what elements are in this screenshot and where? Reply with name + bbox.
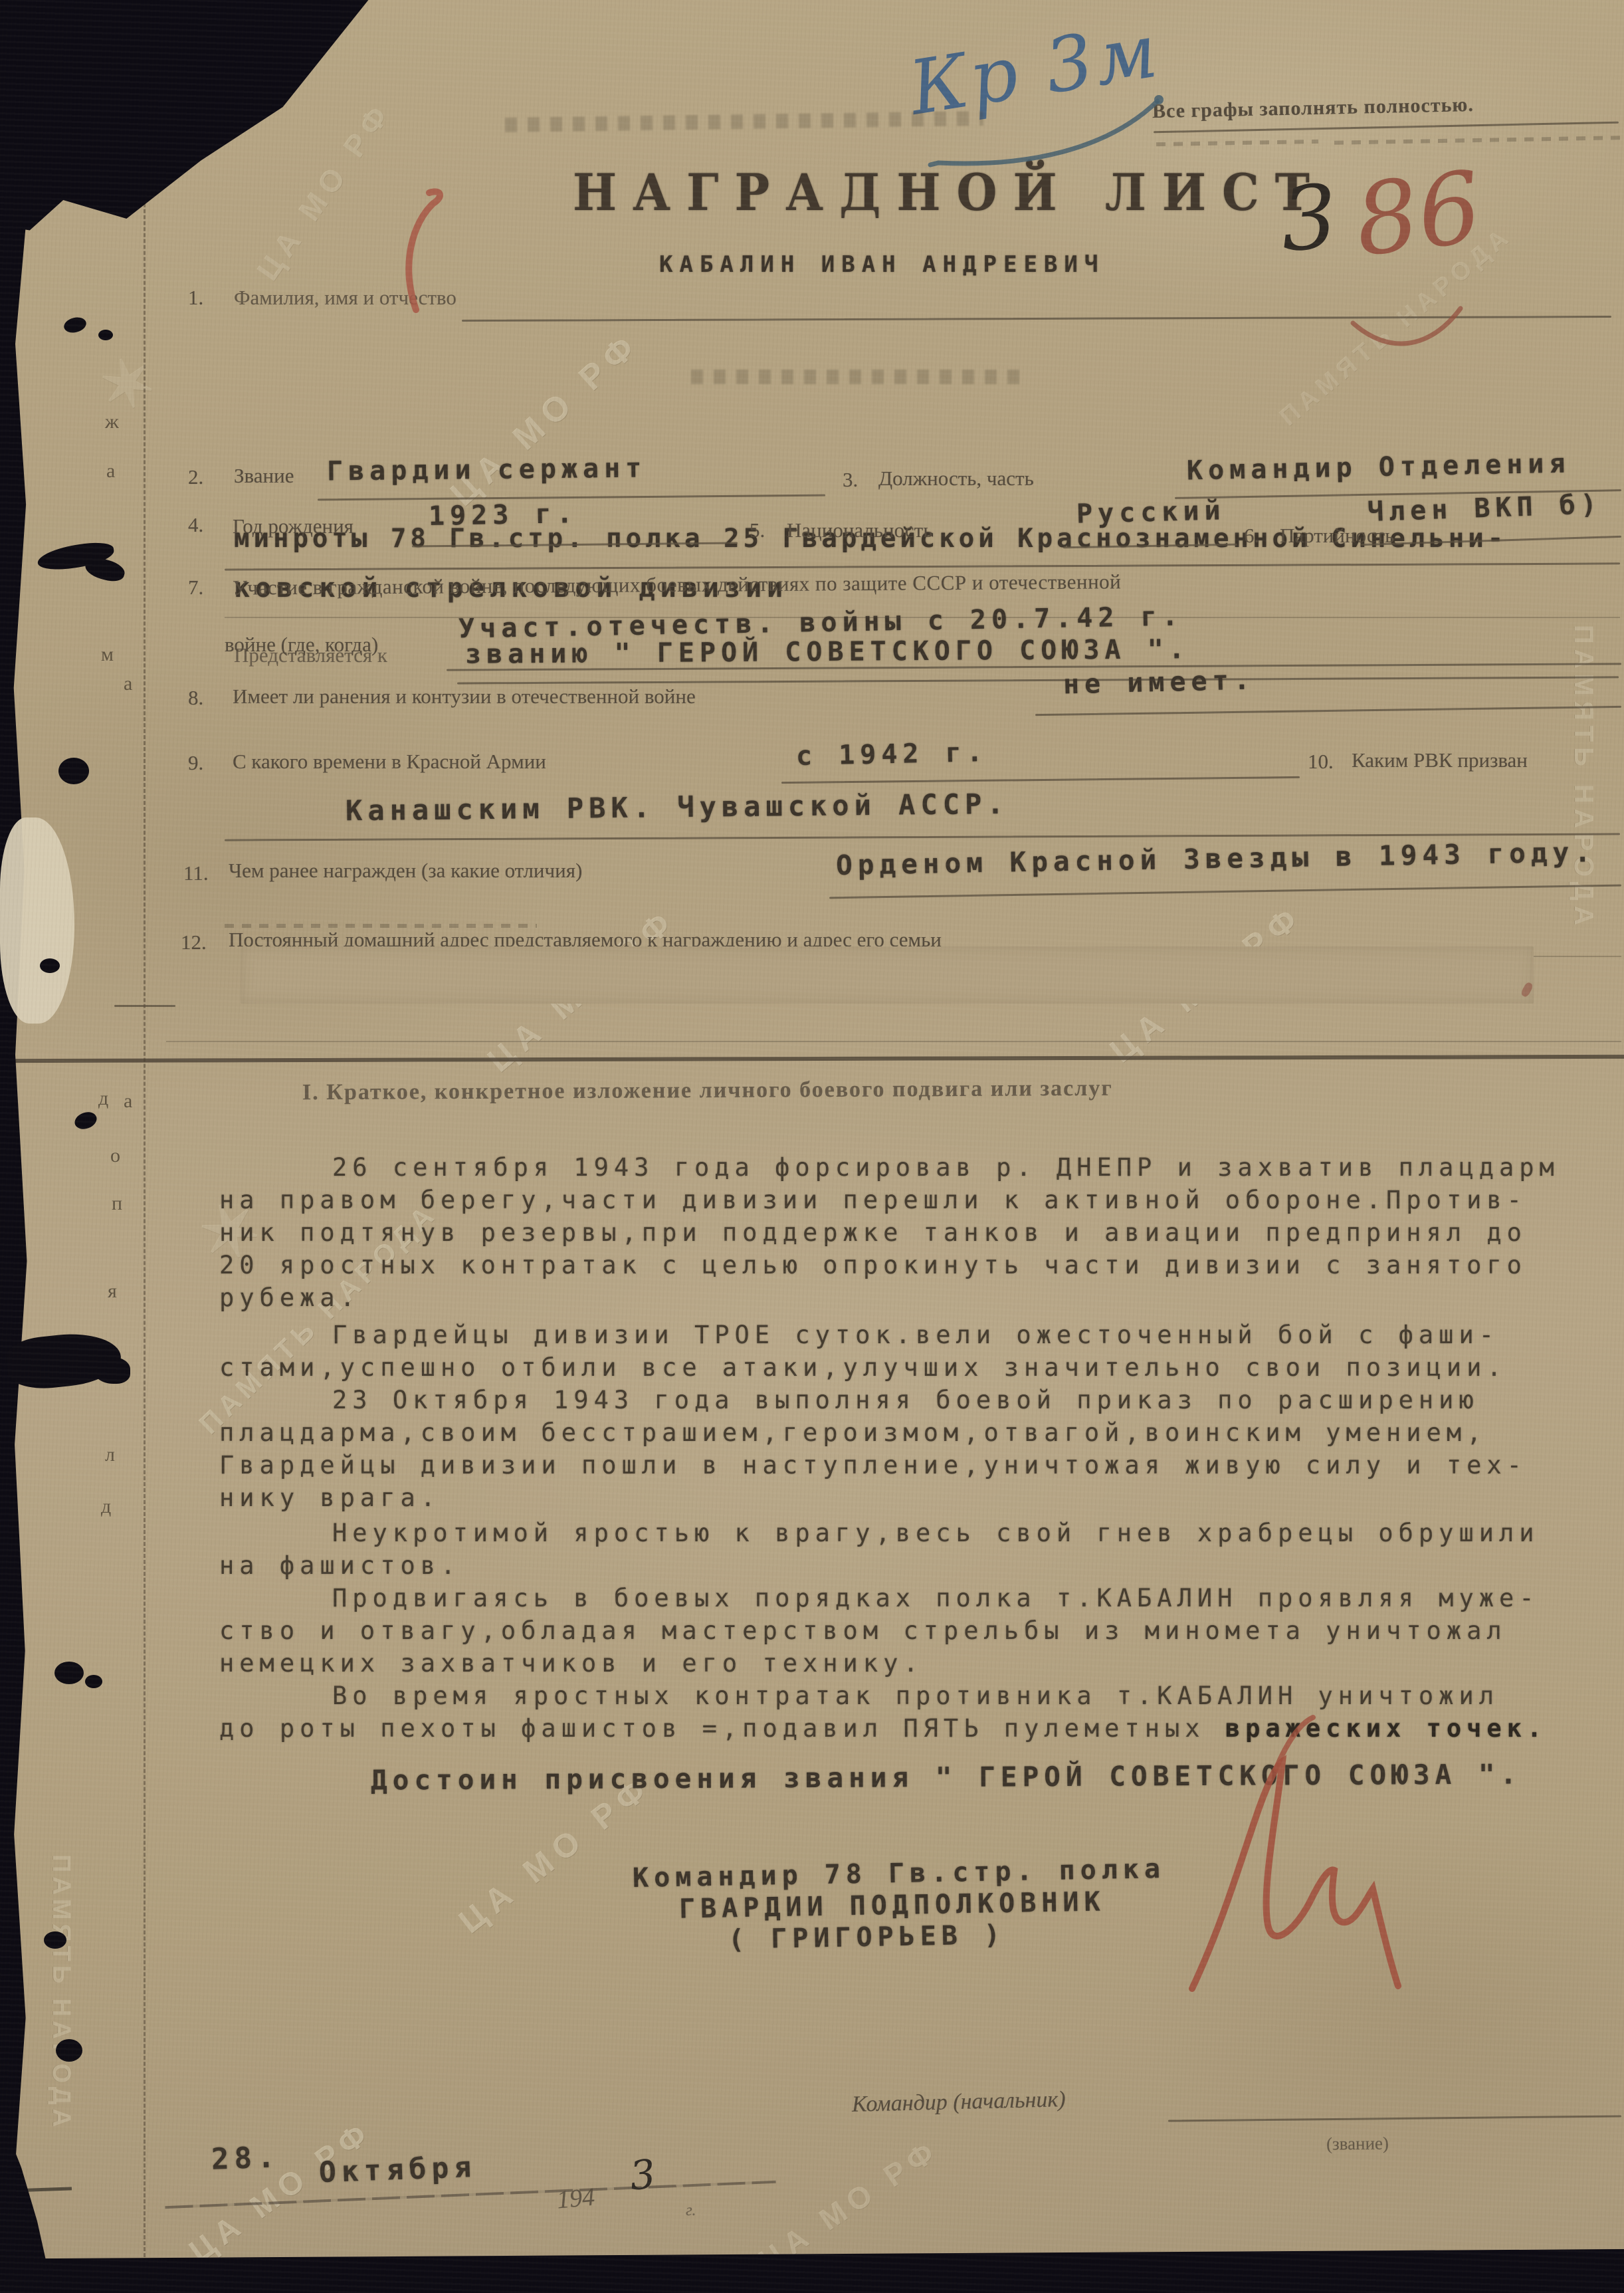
citation-line-part: до роты пехоты фашистов =,подавил ПЯТЬ п… — [219, 1714, 1225, 1743]
field3-number: 3. — [843, 468, 858, 492]
field10-label: Каким РВК призван — [1352, 748, 1528, 772]
rule — [114, 1005, 175, 1007]
field12-number: 12. — [181, 930, 207, 954]
margin-letter: я — [108, 1280, 117, 1303]
margin-letter: о — [110, 1145, 120, 1167]
citation-paragraph: Неукротимой яростью к врагу,весь свой гн… — [219, 1517, 1621, 1582]
field6-number: 6. — [1244, 524, 1259, 548]
date-year-handwritten: 3 — [627, 2151, 657, 2200]
redacted-address-block — [241, 946, 1534, 1004]
award-sheet-scan: ЦА МО РФ ЦА МО РФ ПАМЯТЬ НАРОДА ЦА МО РФ… — [0, 0, 1624, 2293]
field9-value: с 1942 г. — [796, 737, 989, 772]
rule — [1156, 140, 1318, 146]
citation-line: стами,успешно отбили все атаки,улучших з… — [219, 1351, 1621, 1384]
field8-number: 8. — [188, 686, 203, 710]
margin-letter: п — [112, 1192, 122, 1215]
citation-line: немецких захватчиков и его технику. — [219, 1647, 1621, 1680]
paper-hole — [58, 758, 89, 784]
red-signature-icon — [1192, 1761, 1398, 1989]
citation-line: 20 яростных контратак с целью опрокинуть… — [219, 1249, 1621, 1281]
paper-hole — [40, 958, 60, 973]
field3-label: Должность, часть — [878, 467, 1034, 491]
margin-letter: д — [98, 1087, 108, 1110]
rule — [1334, 136, 1621, 145]
date-day: 28. — [211, 2140, 280, 2177]
field5-value: Русский — [1076, 495, 1226, 529]
paper-hole — [85, 1675, 102, 1688]
citation-line: до роты пехоты фашистов =,подавил ПЯТЬ п… — [219, 1712, 1621, 1745]
folio-number-black: 3 — [1278, 165, 1341, 271]
citation-line: Неукротимой яростью к врагу,весь свой гн… — [219, 1517, 1621, 1549]
rule — [781, 776, 1300, 784]
citation-line: 26 сентября 1943 года форсировав р. ДНЕП… — [219, 1151, 1621, 1184]
field5-number: 5. — [750, 518, 765, 542]
citation-paragraph: 23 Октября 1943 года выполняя боевой при… — [219, 1384, 1621, 1514]
margin-letter: а — [124, 673, 132, 695]
field7-number: 7. — [188, 576, 203, 600]
torn-corner-bottom-left — [0, 2114, 53, 2293]
paper-hole — [72, 1109, 99, 1132]
watermark-archive: ЦА МО РФ — [183, 2113, 379, 2270]
rule — [1168, 2115, 1621, 2122]
citation-line: нику врага. — [219, 1481, 1621, 1514]
field9-number: 9. — [188, 751, 203, 775]
citation-paragraph: Продвигаясь в боевых порядках полка т.КА… — [219, 1582, 1621, 1680]
paper-hole — [44, 1931, 66, 1949]
scan-left-edge — [0, 0, 31, 2293]
citation-line: на правом берегу,части дивизии перешли к… — [219, 1184, 1621, 1216]
date-g-caption: г. — [686, 2201, 696, 2220]
rule — [225, 562, 1620, 570]
citation-line: Гвардейцы дивизии пошли в наступление,ун… — [219, 1449, 1621, 1481]
rule — [829, 885, 1621, 899]
citation-line: Продвигаясь в боевых порядках полка т.КА… — [219, 1582, 1621, 1614]
field8-value: не имеет. — [1063, 665, 1255, 700]
signature-title-line2: ГВАРДИИ ПОДПОЛКОВНИК — [679, 1886, 1106, 1924]
margin-letter: д — [101, 1495, 111, 1518]
citation-line: Во время яростных контратак противника т… — [219, 1680, 1621, 1712]
watermark-star-icon: ✶ — [90, 340, 164, 429]
ghost-impression — [691, 370, 1023, 384]
citation-conclusion: Достоин присвоения звания " ГЕРОЙ СОВЕТС… — [371, 1758, 1522, 1796]
rule — [1035, 706, 1621, 716]
rule — [1522, 956, 1621, 957]
citation-line: Гвардейцы дивизии ТРОЕ суток.вели ожесто… — [219, 1319, 1621, 1351]
citation-line: на фашистов. — [219, 1549, 1621, 1582]
paper-hole — [98, 330, 113, 340]
watermark-archive: ЦА МО РФ — [443, 323, 649, 514]
paper-hole — [54, 1662, 84, 1684]
date-month: Октября — [318, 2151, 477, 2189]
field1-number: 1. — [188, 286, 203, 310]
field7-label2: войне (где, когда) — [225, 633, 378, 657]
paper-hole — [93, 1357, 130, 1384]
field2-number: 2. — [188, 465, 203, 489]
section-divider — [9, 1055, 1624, 1063]
field10-number: 10. — [1308, 750, 1334, 774]
rule — [462, 316, 1611, 322]
margin-letter: ж — [105, 411, 119, 433]
citation-line: плацдарма,своим бесстрашием,героизмом,от… — [219, 1416, 1621, 1449]
field4-label: Год рождения — [233, 514, 354, 538]
rank-caption: (звание) — [1326, 2133, 1389, 2155]
field9-label: С какого времени в Красной Армии — [233, 750, 546, 774]
field11-value: Орденом Красной Звезды в 1943 году. — [836, 836, 1597, 881]
margin-letter: а — [124, 1090, 132, 1113]
section1-heading: I. Краткое, конкретное изложение личного… — [302, 1076, 1113, 1105]
scan-bottom-bar — [0, 2249, 1624, 2293]
citation-paragraph: Гвардейцы дивизии ТРОЕ суток.вели ожесто… — [219, 1319, 1621, 1384]
commander-caption: Командир (начальник) — [852, 2087, 1066, 2118]
date-year-printed: 194 — [556, 2183, 596, 2215]
margin-letter: а — [106, 460, 115, 483]
citation-line: ство и отвагу,обладая мастерством стрель… — [219, 1614, 1621, 1647]
field2-label: Звание — [234, 464, 294, 488]
citation-line: 23 Октября 1943 года выполняя боевой при… — [219, 1384, 1621, 1416]
paper-hole — [56, 2039, 82, 2062]
margin-letter: л — [105, 1444, 115, 1466]
field10-value: Канашским РВК. Чувашской АССР. — [346, 788, 1009, 827]
faded-stamp-smudge — [505, 111, 983, 132]
fold-line — [144, 0, 146, 2293]
citation-paragraph: 26 сентября 1943 года форсировав р. ДНЕП… — [219, 1151, 1621, 1314]
paper-hole — [83, 554, 127, 584]
citation-paragraph: Во время яростных контратак противника т… — [219, 1680, 1621, 1745]
field11-label: Чем ранее награжден (за какие отличия) — [229, 859, 582, 883]
signature-name-line: ( ГРИГОРЬЕВ ) — [728, 1919, 1006, 1955]
citation-emphasis: вражеских точек. — [1225, 1714, 1547, 1743]
rule — [1154, 122, 1619, 134]
field4-number: 4. — [188, 513, 203, 537]
paper-patch — [0, 818, 74, 1024]
field2-value: Гвардии сержант — [327, 453, 647, 487]
rule — [457, 676, 1619, 684]
citation-line: рубежа. — [219, 1281, 1621, 1314]
field11-number: 11. — [183, 861, 209, 885]
fill-all-fields-note: Все графы заполнять полностью. — [1152, 94, 1474, 123]
field8-label: Имеет ли ранения и контузии в отечествен… — [233, 685, 696, 709]
margin-letter: м — [101, 643, 114, 666]
document-title: НАГРАДНОЙ ЛИСТ — [573, 163, 1326, 223]
citation-line: ник подтянув резервы,при поддержке танко… — [219, 1216, 1621, 1249]
rule — [166, 1041, 1621, 1042]
watermark-archive: ЦА МО РФ — [249, 94, 399, 287]
field5-label: Национальность — [787, 518, 932, 542]
recipient-name: КАБАЛИН ИВАН АНДРЕЕВИЧ — [659, 251, 1104, 278]
field4-value: 1923 г. — [429, 498, 578, 532]
folio-number-red: 86 — [1349, 150, 1487, 278]
paper-hole — [62, 315, 88, 335]
watermark-memory: ПАМЯТЬ НАРОДА — [47, 1854, 75, 2131]
field1-label: Фамилия, имя и отчество — [234, 286, 457, 310]
field3-value: Командир Отделения — [1187, 448, 1571, 486]
